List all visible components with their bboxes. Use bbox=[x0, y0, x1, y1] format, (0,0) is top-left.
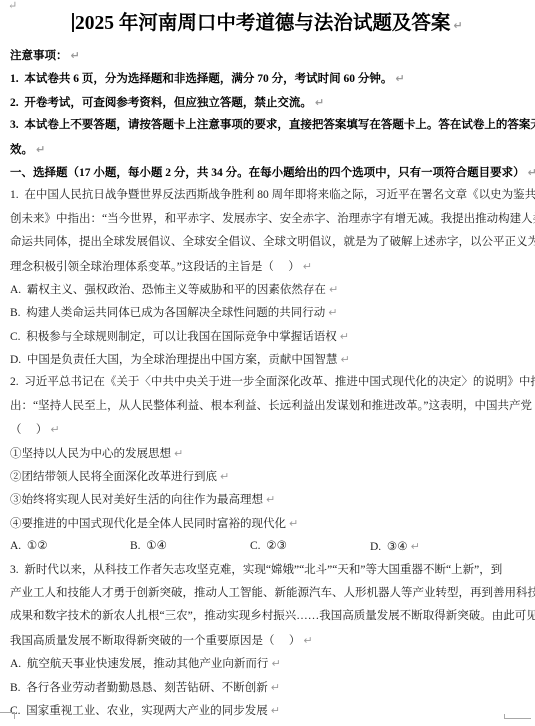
paragraph-mark-icon: ↵ bbox=[71, 49, 80, 62]
question-text: 产业工人和技能人才勇于创新突破，推动人工智能、新能源汽车、人形机器人等产业转型，… bbox=[10, 587, 535, 599]
question-1-option-d: D. 中国是负责任大国，为全球治理提出中国方案，贡献中国智慧↵ bbox=[10, 348, 525, 371]
sub-item-text: ①坚持以人民为中心的发展思想 bbox=[10, 448, 171, 460]
notice-text: 3. 本试卷上不要答题，请按答题卡上注意事项的要求，直接把答案填写在答题卡上。答… bbox=[10, 119, 535, 131]
question-2-line-1: 2. 习近平总书记在《关于〈中共中央关于进一步全面深化改革、推进中国式现代化的决… bbox=[10, 371, 525, 394]
paragraph-mark-icon: ↵ bbox=[50, 423, 59, 436]
question-2-option-c: C. ②③ bbox=[250, 535, 370, 558]
paragraph-mark-icon: ↵ bbox=[315, 96, 324, 109]
question-3-line-4: 我国高质量发展不断取得新突破的一个重要原因是（ ）↵ bbox=[10, 629, 525, 652]
notice-line-1: 1. 本试卷共 6 页，分为选择题和非选择题，满分 70 分，考试时间 60 分… bbox=[10, 67, 525, 90]
question-text: 2. 习近平总书记在《关于〈中共中央关于进一步全面深化改革、推进中国式现代化的决… bbox=[10, 376, 535, 388]
paragraph-mark-icon: ↵ bbox=[340, 330, 349, 343]
document-page: ↵ 2025 年河南周口中考道德与法治试题及答案↵ 注意事项：↵ 1. 本试卷共… bbox=[0, 0, 535, 726]
paragraph-mark-icon: ↵ bbox=[271, 704, 280, 717]
option-text: D. ③④ bbox=[370, 541, 408, 553]
question-2-line-2: 出：“坚持人民至上，从人民整体利益、根本利益、长远利益出发谋划和推进改革。”这表… bbox=[10, 395, 525, 418]
option-text: A. 霸权主义、强权政治、恐怖主义等威胁和平的因素依然存在 bbox=[10, 284, 326, 296]
question-3-option-a: A. 航空航天事业快速发展，推动其他产业向新而行↵ bbox=[10, 652, 525, 675]
question-text: 理念积极引领全球治理体系变革。”这段话的主旨是（ ） bbox=[10, 261, 300, 273]
option-text: B. 各行各业劳动者勤勤恳恳、刻苦钻研、不断创新 bbox=[10, 682, 268, 694]
exam-title: 2025 年河南周口中考道德与法治试题及答案↵ bbox=[0, 0, 535, 39]
option-text: D. 中国是负责任大国，为全球治理提出中国方案，贡献中国智慧 bbox=[10, 354, 337, 366]
paragraph-mark-icon: ↵ bbox=[8, 0, 17, 12]
notice-label-line: 注意事项：↵ bbox=[10, 44, 525, 67]
sub-item-text: ③始终将实现人民对美好生活的向往作为最高理想 bbox=[10, 494, 263, 506]
notice-text: 效。 bbox=[10, 144, 33, 156]
paragraph-mark-icon: ↵ bbox=[36, 143, 45, 156]
question-2-option-a: A. ①② bbox=[10, 535, 130, 558]
paragraph-mark-icon: ↵ bbox=[266, 493, 275, 506]
question-2-item-1: ①坚持以人民为中心的发展思想↵ bbox=[10, 442, 525, 465]
paragraph-mark-icon: ↵ bbox=[289, 517, 298, 530]
question-1-option-b: B. 构建人类命运共同体已成为各国解决全球性问题的共同行动↵ bbox=[10, 301, 525, 324]
notice-text: 1. 本试卷共 6 页，分为选择题和非选择题，满分 70 分，考试时间 60 分… bbox=[10, 73, 392, 85]
question-2-item-2: ②团结带领人民将全面深化改革进行到底↵ bbox=[10, 465, 525, 488]
sub-item-text: ④要推进的中国式现代化是全体人民同时富裕的现代化 bbox=[10, 518, 286, 530]
question-text: 出：“坚持人民至上，从人民整体利益、根本利益、长远利益出发谋划和推进改革。”这表… bbox=[10, 400, 532, 412]
question-3-line-1: 3. 新时代以来，从科技工作者矢志攻坚克难，实现“嫦娥”“北斗”“天和”等大国重… bbox=[10, 559, 525, 582]
question-1-line-2: 创未来》中指出：“当今世界，和平赤字、发展赤字、安全赤字、治理赤字有增无减。我提… bbox=[10, 208, 525, 231]
paragraph-mark-icon: ↵ bbox=[303, 634, 312, 647]
paragraph-mark-icon: ↵ bbox=[328, 306, 337, 319]
option-text: C. 国家重视工业、农业，实现两大产业的同步发展 bbox=[10, 705, 268, 717]
section-heading: 一、选择题（17 小题，每小题 2 分，共 34 分。在每小题给出的四个选项中，… bbox=[10, 161, 525, 184]
question-3-line-2: 产业工人和技能人才勇于创新突破，推动人工智能、新能源汽车、人形机器人等产业转型，… bbox=[10, 582, 525, 605]
paragraph-mark-icon: ↵ bbox=[271, 657, 280, 670]
question-2-option-d: D. ③④↵ bbox=[370, 535, 420, 558]
question-1-option-c: C. 积极参与全球规则制定，可以让我国在国际竞争中掌握话语权↵ bbox=[10, 325, 525, 348]
paragraph-mark-icon: ↵ bbox=[528, 166, 535, 179]
question-1-option-a: A. 霸权主义、强权政治、恐怖主义等威胁和平的因素依然存在↵ bbox=[10, 278, 525, 301]
document-body: 注意事项：↵ 1. 本试卷共 6 页，分为选择题和非选择题，满分 70 分，考试… bbox=[0, 44, 535, 722]
notice-line-3a: 3. 本试卷上不要答题，请按答题卡上注意事项的要求，直接把答案填写在答题卡上。答… bbox=[10, 114, 525, 137]
notice-line-3b: 效。↵ bbox=[10, 138, 525, 161]
notice-line-2: 2. 开卷考试，可查阅参考资料，但应独立答题，禁止交流。↵ bbox=[10, 91, 525, 114]
question-text: （ ） bbox=[10, 424, 47, 436]
paragraph-mark-icon: ↵ bbox=[220, 470, 229, 483]
notice-text: 2. 开卷考试，可查阅参考资料，但应独立答题，禁止交流。 bbox=[10, 97, 312, 109]
option-text: B. 构建人类命运共同体已成为各国解决全球性问题的共同行动 bbox=[10, 307, 325, 319]
paragraph-mark-icon: ↵ bbox=[329, 283, 338, 296]
text-cursor-icon bbox=[72, 13, 74, 32]
exam-title-text: 2025 年河南周口中考道德与法治试题及答案 bbox=[75, 13, 450, 34]
question-2-item-4: ④要推进的中国式现代化是全体人民同时富裕的现代化↵ bbox=[10, 512, 525, 535]
question-3-option-b: B. 各行各业劳动者勤勤恳恳、刻苦钻研、不断创新↵ bbox=[10, 676, 525, 699]
question-2-item-3: ③始终将实现人民对美好生活的向往作为最高理想↵ bbox=[10, 488, 525, 511]
paragraph-mark-icon: ↵ bbox=[395, 72, 404, 85]
question-2-line-3: （ ）↵ bbox=[10, 418, 525, 441]
section-heading-text: 一、选择题（17 小题，每小题 2 分，共 34 分。在每小题给出的四个选项中，… bbox=[10, 167, 525, 179]
paragraph-mark-icon: ↵ bbox=[411, 540, 420, 553]
text-boundary-crop-mark-left bbox=[0, 712, 15, 719]
text-boundary-crop-mark-right bbox=[504, 718, 531, 719]
question-1-line-3: 命运共同体，提出全球发展倡议、全球安全倡议、全球文明倡议，就是为了破解上述赤字，… bbox=[10, 231, 525, 254]
question-text: 1. 在中国人民抗日战争暨世界反法西斯战争胜利 80 周年即将来临之际，习近平在… bbox=[10, 189, 535, 201]
paragraph-mark-icon: ↵ bbox=[174, 447, 183, 460]
question-2-options-row: A. ①② B. ①④ C. ②③ D. ③④↵ bbox=[10, 535, 525, 558]
question-text: 我国高质量发展不断取得新突破的一个重要原因是（ ） bbox=[10, 635, 300, 647]
question-3-line-3: 成果和数字技术的新农人扎根“三农”，推动实现乡村振兴……我国高质量发展不断取得新… bbox=[10, 605, 525, 628]
question-1-line-1: 1. 在中国人民抗日战争暨世界反法西斯战争胜利 80 周年即将来临之际，习近平在… bbox=[10, 184, 525, 207]
option-text: A. 航空航天事业快速发展，推动其他产业向新而行 bbox=[10, 658, 268, 670]
question-3-option-c: C. 国家重视工业、农业，实现两大产业的同步发展↵ bbox=[10, 699, 525, 722]
question-2-option-b: B. ①④ bbox=[130, 535, 250, 558]
question-text: 成果和数字技术的新农人扎根“三农”，推动实现乡村振兴……我国高质量发展不断取得新… bbox=[10, 610, 535, 622]
question-text: 3. 新时代以来，从科技工作者矢志攻坚克难，实现“嫦娥”“北斗”“天和”等大国重… bbox=[10, 564, 502, 576]
sub-item-text: ②团结带领人民将全面深化改革进行到底 bbox=[10, 471, 217, 483]
paragraph-mark-icon: ↵ bbox=[303, 260, 312, 273]
paragraph-mark-icon: ↵ bbox=[271, 681, 280, 694]
question-text: 创未来》中指出：“当今世界，和平赤字、发展赤字、安全赤字、治理赤字有增无减。我提… bbox=[10, 213, 535, 225]
question-1-line-4: 理念积极引领全球治理体系变革。”这段话的主旨是（ ）↵ bbox=[10, 255, 525, 278]
paragraph-mark-icon: ↵ bbox=[453, 19, 462, 32]
option-text: C. 积极参与全球规则制定，可以让我国在国际竞争中掌握话语权 bbox=[10, 331, 337, 343]
paragraph-mark-icon: ↵ bbox=[340, 353, 349, 366]
notice-label: 注意事项： bbox=[10, 50, 68, 62]
question-text: 命运共同体，提出全球发展倡议、全球安全倡议、全球文明倡议，就是为了破解上述赤字，… bbox=[10, 236, 535, 248]
